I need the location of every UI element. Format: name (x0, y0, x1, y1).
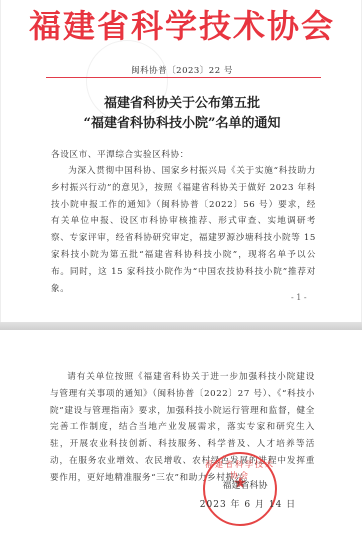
letterhead-divider (46, 77, 321, 78)
letterhead-title: 福建省科学技术协会 (1, 6, 362, 46)
signer-name: 福建省科协 (210, 478, 280, 491)
document-number: 闽科协普〔2023〕22 号 (1, 64, 362, 76)
body-paragraph-2: 请有关单位按照《福建省科协关于进一步加强科技小院建设与管理有关事项的通知》（闽科… (50, 369, 315, 487)
notice-title: 福建省科协关于公布第五批 “福建省科协科技小院”名单的通知 (1, 94, 362, 134)
notice-title-line-1: 福建省科协关于公布第五批 (1, 94, 362, 114)
notice-title-line-2: “福建省科协科技小院”名单的通知 (1, 114, 362, 134)
salutation: 各设区市、平潭综合实验区科协： (51, 147, 316, 164)
document-page-1: 福建省科学技术协会 闽科协普〔2023〕22 号 福建省科协关于公布第五批 “福… (0, 0, 362, 322)
body-paragraph-1: 为深入贯彻中国科协、国家乡村振兴局《关于实施“科技助力乡村振兴行动”的意见》，按… (51, 163, 316, 297)
page-number: - 1 - (291, 293, 307, 302)
page-separator (0, 322, 362, 330)
document-page-2: 请有关单位按照《福建省科协关于进一步加强科技小院建设与管理有关事项的通知》（闽科… (0, 330, 362, 544)
signing-date: 2023 年 6 月 14 日 (198, 497, 298, 510)
